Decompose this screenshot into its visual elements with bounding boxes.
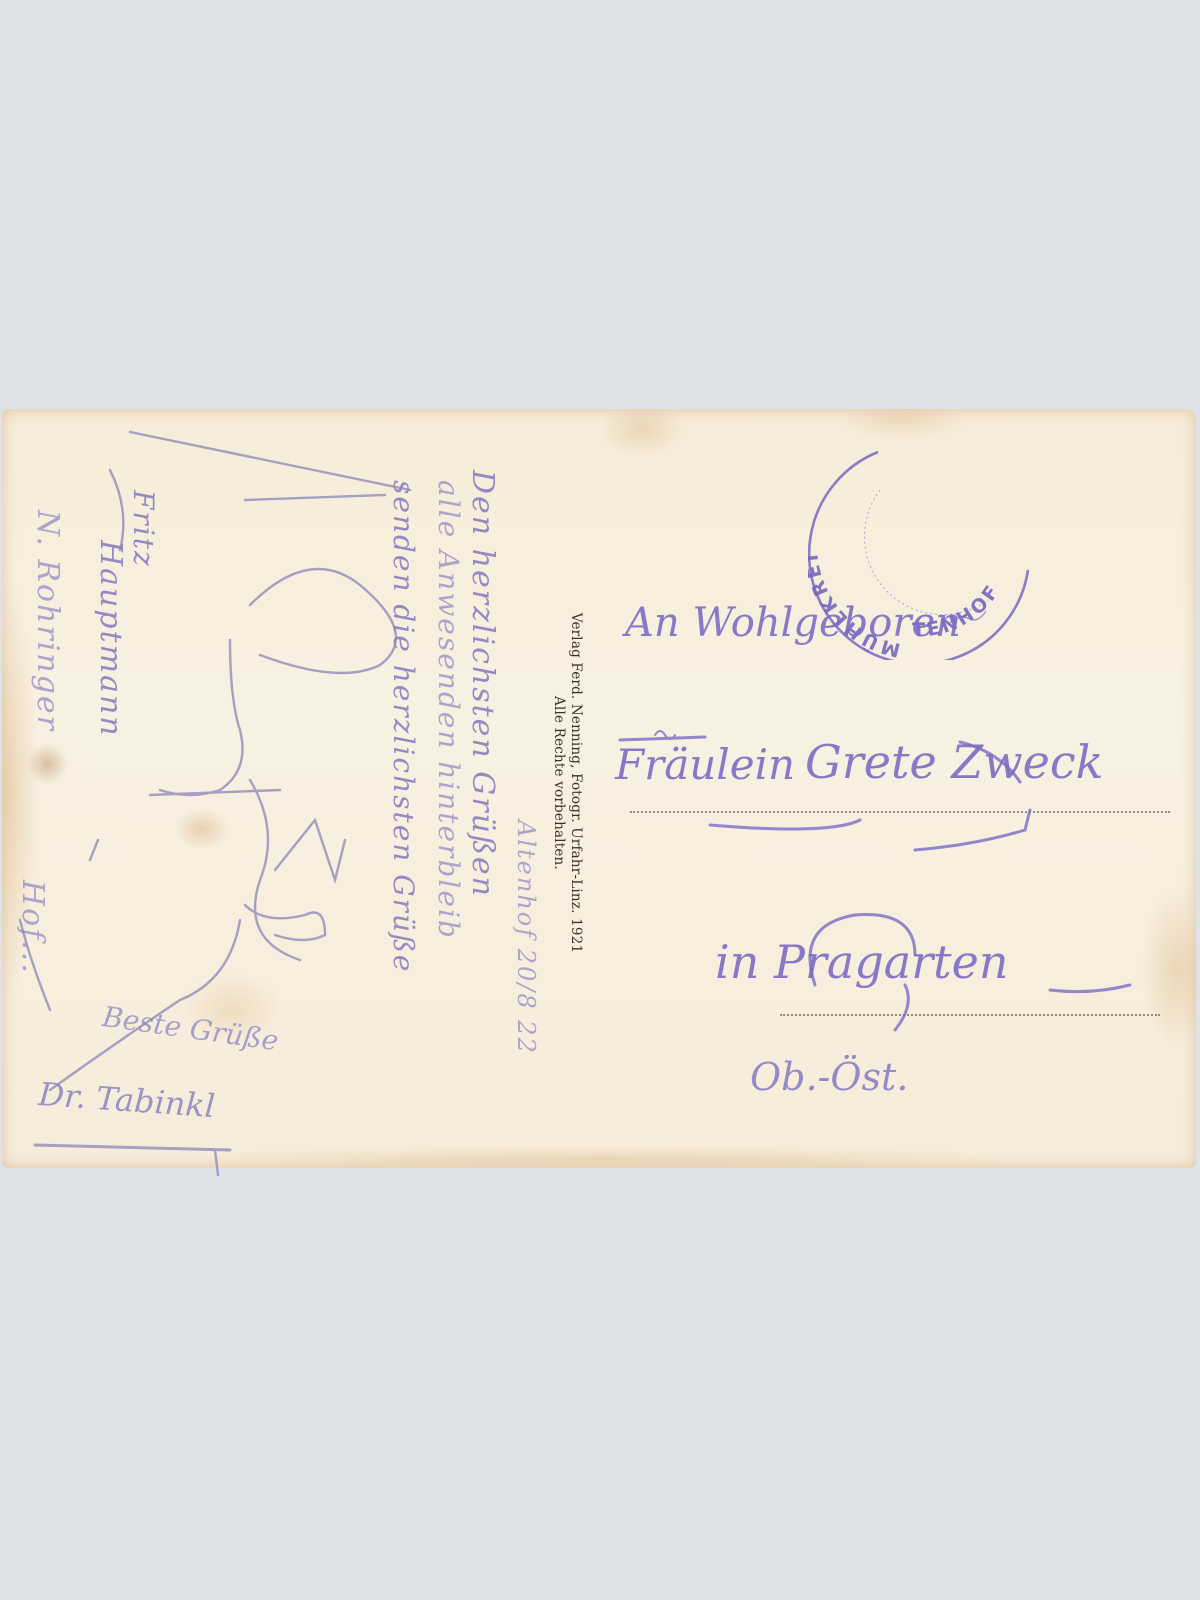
rights-line: Alle Rechte vorbehalten. (550, 548, 567, 1018)
message-line-2: senden die herzlichsten Grüße (387, 480, 420, 973)
address-dotted-line-2 (780, 1014, 1160, 1016)
message-line-1: Den herzlichsten Grüßen (465, 470, 500, 898)
address-line-town: in Pragarten (715, 935, 1009, 989)
address-line-recipient-name: Grete Zweck (805, 735, 1103, 789)
address-line-title: Fräulein (615, 740, 795, 789)
message-date: Altenhof 20/8 22 (512, 820, 540, 1055)
signature-rohringer: N. Rohringer (30, 510, 65, 732)
publisher-line: Verlag Ferd. Nenning, Fotogr. Urfahr-Lin… (567, 548, 584, 1018)
signature-fritz: Fritz (127, 490, 160, 568)
address-dotted-line-1 (630, 811, 1170, 813)
signature-hauptmann: Hauptmann (93, 540, 128, 738)
address-line-salutation: An Wohlgeboren (625, 600, 961, 646)
address-line-region: Ob.-Öst. (750, 1055, 908, 1099)
signature-hof: Hof... (15, 880, 50, 975)
page-background: Verlag Ferd. Nenning, Fotogr. Urfahr-Lin… (0, 0, 1200, 1600)
message-line-3: alle Anwesenden hinterbleib (432, 480, 465, 940)
